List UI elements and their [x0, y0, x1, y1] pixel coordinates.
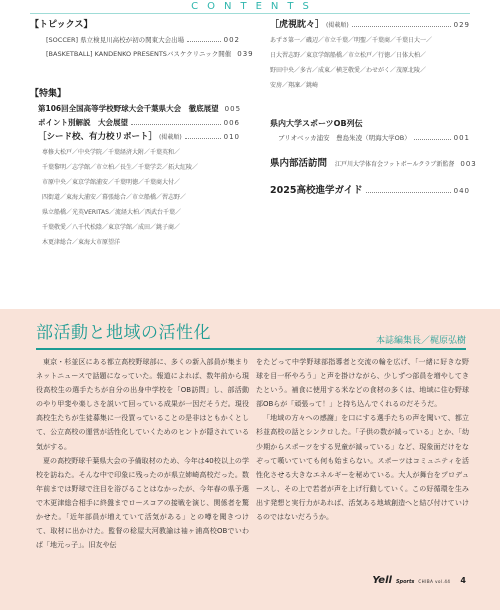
entry-page: 029: [454, 18, 470, 32]
club-heading: 県内部活訪問: [270, 157, 327, 171]
school-line: 専修大松戸／中央学院／千葉経済大附／千葉英和／: [42, 145, 240, 160]
toc-entry[interactable]: 2025高校進学ガイド 040: [270, 184, 470, 198]
guide-heading: 2025高校進学ガイド: [270, 184, 363, 198]
toc-entry[interactable]: ブリオベッカ浦安 豊島朱凌（明海大学OB） 001: [270, 131, 470, 145]
school-line: 木更津総合／東海大市原望洋: [42, 235, 240, 250]
magazine-logo: Yell: [372, 575, 392, 586]
school-list: 専修大松戸／中央学院／千葉経済大附／千葉英和／ 千葉黎明／志学館／市立柏／長生／…: [38, 145, 240, 250]
essay-author: 本誌編集長／梶原弘樹: [376, 333, 466, 346]
contents-title: CONTENTS: [0, 0, 500, 13]
toc-right-column: ［虎視眈々］ (掲載順) 029 あずさ第一／磯辺／市立千葉／明聖／千葉商／千葉…: [270, 18, 470, 198]
leader-dots: [187, 40, 221, 42]
ob-heading: 県内大学スポーツOB列伝: [270, 116, 470, 131]
topics-heading: 【トピックス】: [30, 18, 240, 33]
school-line: あずさ第一／磯辺／市立千葉／明聖／千葉商／千葉日大一／: [270, 33, 470, 48]
toc-entry[interactable]: 県内部活訪問 江戸川大学体育会フットボールクラブ新監督 003: [270, 157, 470, 172]
entry-label: ［シード校、有力校リポート］: [38, 130, 157, 144]
school-line: 県立船橋／光英VERITAS／流経大柏／西武台千葉／: [42, 205, 240, 220]
leader-dots: [131, 123, 221, 125]
essay-paragraph: 夏の高校野球千葉県大会の予備取材のため、今年は40校以上の学校を訪ねた。そんな中…: [36, 454, 249, 553]
entry-label: 江戸川大学体育会フットボールクラブ新監督: [335, 158, 454, 172]
entry-label: [BASKETBALL] KANDENKO PRESENTSバスケクリニック開催: [46, 47, 231, 61]
toc-entry[interactable]: [BASKETBALL] KANDENKO PRESENTSバスケクリニック開催…: [46, 47, 240, 61]
school-line: 千葉敬愛／八千代松陰／東京学館／成田／銚子商／: [42, 220, 240, 235]
entry-page: 040: [454, 184, 470, 198]
entry-label: ブリオベッカ浦安 豊島朱凌（明海大学OB）: [278, 131, 411, 145]
koshi-heading: ［虎視眈々］: [270, 18, 324, 33]
school-list: あずさ第一／磯辺／市立千葉／明聖／千葉商／千葉日大一／ 日大習志野／東京学館船橋…: [270, 33, 470, 93]
school-line: 日大習志野／東京学館船橋／市立松戸／行徳／日体大柏／: [270, 48, 470, 63]
entry-page: 001: [454, 131, 470, 145]
magazine-logo-sub: Sports: [396, 579, 414, 585]
school-line: 安房／翔凜／銚崎: [270, 78, 470, 93]
page-number: 4: [460, 576, 466, 585]
entry-label: [SOCCER] 県立検見川高校が初の関東大会出場: [46, 33, 184, 47]
entry-page: 010: [224, 130, 240, 144]
toc-entry[interactable]: 第106回全国高等学校野球大会千葉県大会 徹底展望 005: [38, 102, 240, 116]
leader-dots: [185, 137, 221, 139]
entry-sub: (掲載順): [326, 19, 349, 33]
toc-entry[interactable]: [SOCCER] 県立検見川高校が初の関東大会出場 002: [46, 33, 240, 47]
entry-sub: (掲載順): [159, 131, 182, 145]
page-footer: Yell Sports CHIBA vol.44 4: [372, 575, 466, 586]
essay-column-right: をたどって中学野球部指導者と交流の輪を広げ、「一緒に好きな野球を目一杯やろう」と…: [256, 355, 469, 524]
toc-entry[interactable]: ［シード校、有力校リポート］ (掲載順) 010: [38, 130, 240, 145]
feature-heading: 【特集】: [30, 87, 240, 102]
essay-column-left: 東京・杉並区にある都立高校野球部に、多くの新入部員が集まりネットニュースで話題に…: [36, 355, 249, 552]
essay-paragraph: をたどって中学野球部指導者と交流の輪を広げ、「一緒に好きな野球を目一杯やろう」と…: [256, 355, 469, 411]
essay-title: 部活動と地域の活性化: [36, 318, 211, 343]
toc-entry[interactable]: ［虎視眈々］ (掲載順) 029: [270, 18, 470, 33]
school-line: 市原中央／東京学館浦安／千葉明徳／千葉商大付／: [42, 175, 240, 190]
leader-dots: [352, 25, 451, 27]
entry-label: ポイント別解説 大会展望: [38, 116, 128, 130]
toc-entry[interactable]: ポイント別解説 大会展望 006: [38, 116, 240, 130]
school-line: 野田中央／多古／成東／横芝敬愛／わせがく／茂原北陵／: [270, 63, 470, 78]
essay-paragraph: 「地域の方々への感謝」を口にする選手たちの声を聞いて、都立杉並高校の話とシンクロ…: [256, 411, 469, 524]
entry-page: 039: [237, 47, 253, 61]
entry-page: 006: [224, 116, 240, 130]
entry-label: 第106回全国高等学校野球大会千葉県大会 徹底展望: [38, 102, 219, 116]
leader-dots: [366, 191, 451, 193]
edition-label: CHIBA vol.44: [418, 579, 450, 584]
school-line: 四街道／東海大浦安／幕張総合／市立船橋／習志野／: [42, 190, 240, 205]
school-line: 千葉黎明／志学館／市立柏／長生／千葉学芸／拓大紅陵／: [42, 160, 240, 175]
entry-page: 005: [225, 102, 241, 116]
essay-paragraph: 東京・杉並区にある都立高校野球部に、多くの新入部員が集まりネットニュースで話題に…: [36, 355, 249, 454]
entry-page: 002: [224, 33, 240, 47]
essay-divider: [36, 348, 466, 350]
entry-page: 003: [460, 157, 476, 171]
header-divider: [30, 13, 470, 14]
leader-dots: [414, 138, 451, 140]
toc-left-column: 【トピックス】 [SOCCER] 県立検見川高校が初の関東大会出場 002 [B…: [30, 18, 240, 250]
